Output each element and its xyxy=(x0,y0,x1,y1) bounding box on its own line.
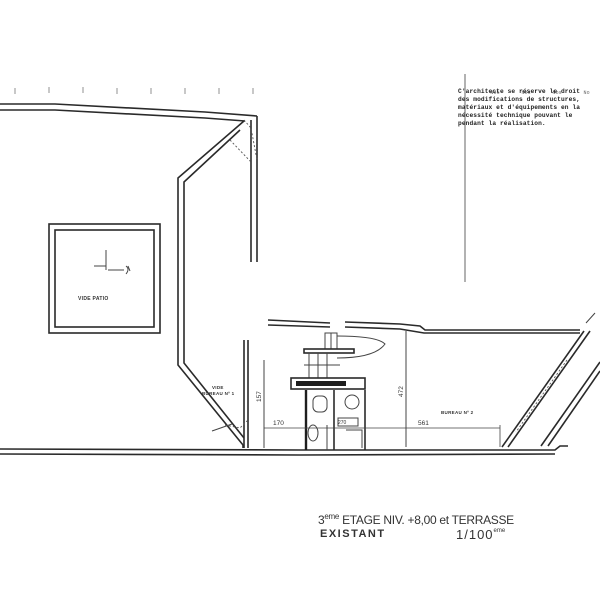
room-label-vide: VIDE xyxy=(212,385,224,390)
drawing-scale: 1/100eme xyxy=(456,527,505,542)
scale-value: 1/100 xyxy=(456,527,494,542)
scale-suffix: eme xyxy=(494,528,506,534)
sanitary-core xyxy=(291,333,385,450)
outer-wall-top xyxy=(0,104,257,121)
outer-wall-bottom xyxy=(0,446,568,455)
note-line: des modifications de structures, xyxy=(458,96,580,104)
drawing-title: 3eme ETAGE NIV. +8,00 et TERRASSE xyxy=(318,512,514,527)
note-line: pendant la réalisation. xyxy=(458,120,546,128)
drawing-status: EXISTANT xyxy=(320,528,386,540)
wall-bureau2-top xyxy=(268,320,580,333)
title-text: ETAGE NIV. +8,00 et TERRASSE xyxy=(342,513,514,527)
top-tick-marks xyxy=(15,87,253,94)
note-line: nécessité technique pouvant le xyxy=(458,112,572,120)
dimension-270: 270 xyxy=(338,420,346,426)
note-line: C'architecte se réserve le droit xyxy=(458,88,580,96)
note-header-fragment: No xyxy=(584,90,590,96)
dimension-472: 472 xyxy=(398,386,405,397)
patio-void xyxy=(49,224,160,333)
dimension-561: 561 xyxy=(418,420,429,427)
dimension-170: 170 xyxy=(273,420,284,427)
room-label-bureau2: BUREAU Nº 2 xyxy=(441,410,473,415)
room-label-bureau1: BUREAU Nº 1 xyxy=(202,391,234,396)
dimension-157: 157 xyxy=(256,391,263,402)
wall-bureau1-right xyxy=(230,116,257,262)
note-line: matériaux et d'équipements en la xyxy=(458,104,580,112)
wall-bureau1-diagonal xyxy=(178,121,244,448)
title-level-suffix: eme xyxy=(324,512,339,521)
room-label-patio: VIDE PATIO xyxy=(78,296,109,302)
